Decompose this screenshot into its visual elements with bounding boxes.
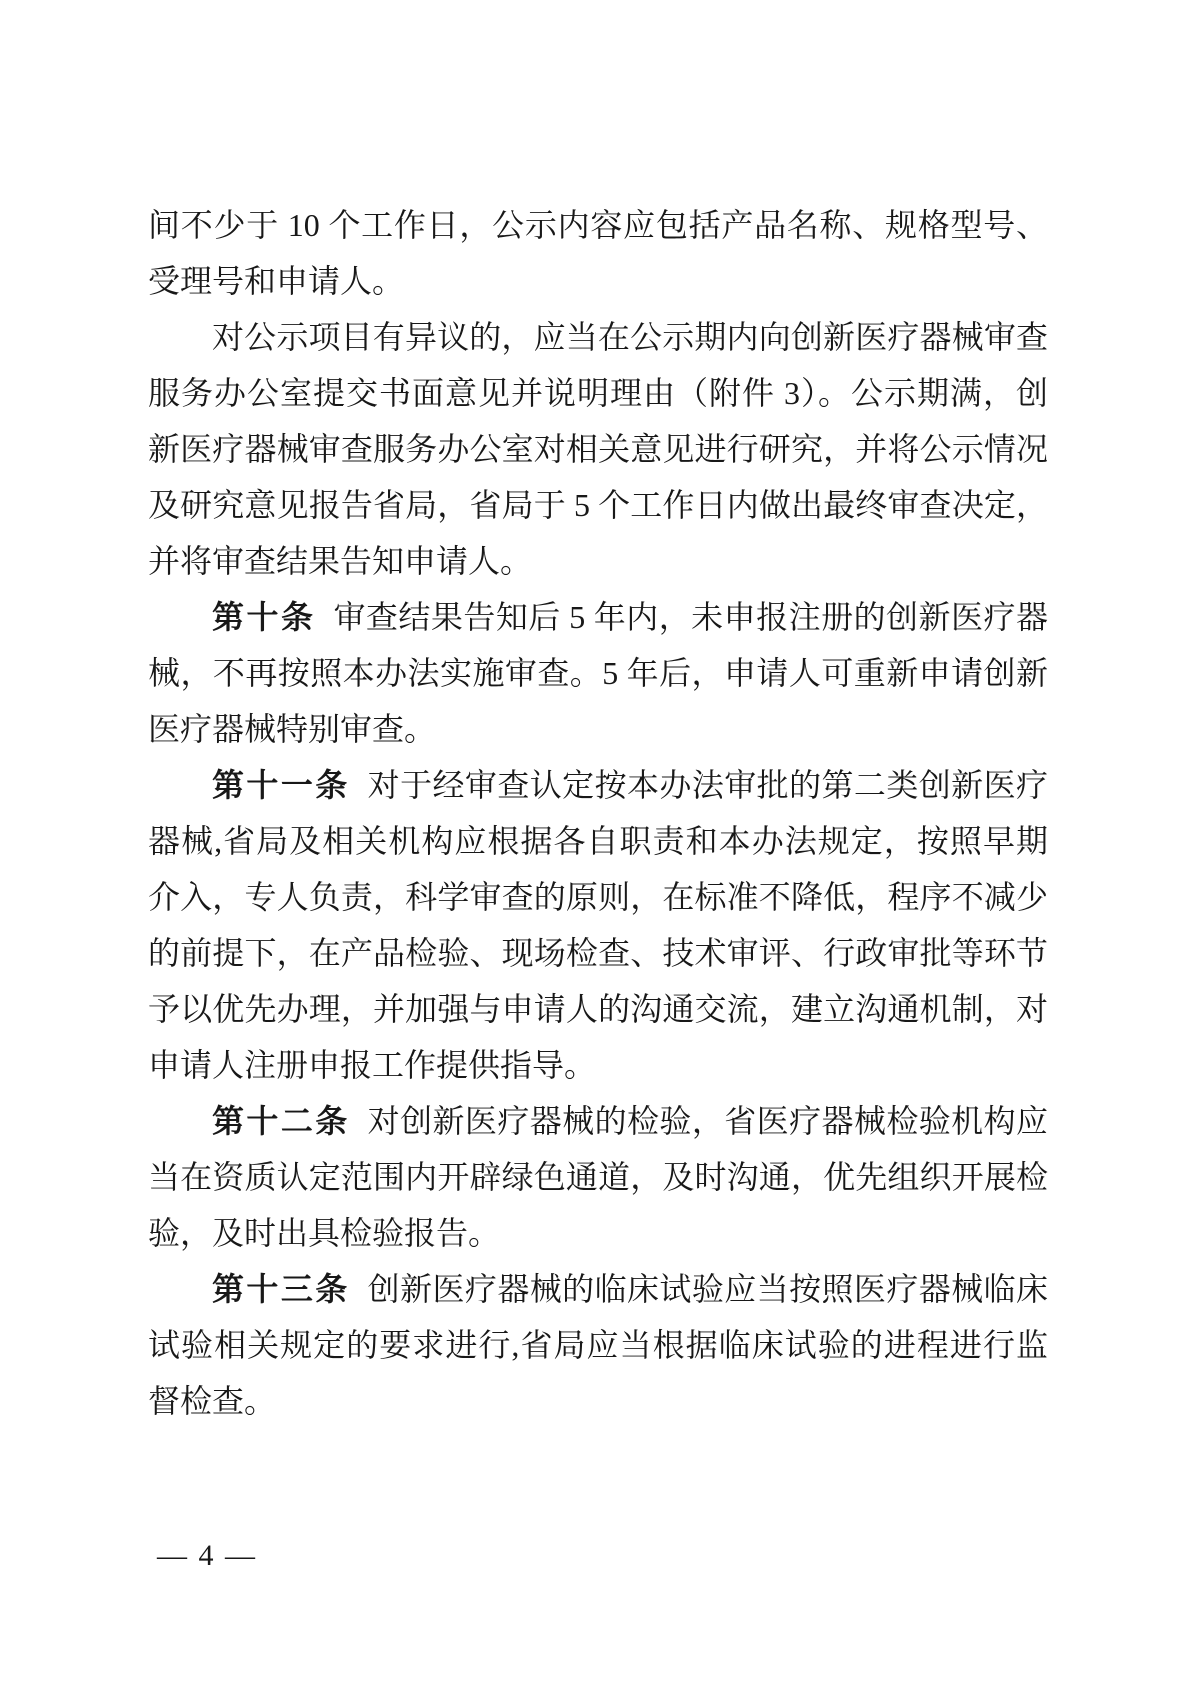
text-line: 间不少于 10 个工作日，公示内容应包括产品名称、规格型号、: [148, 197, 1048, 253]
document-body: 间不少于 10 个工作日，公示内容应包括产品名称、规格型号、 受理号和申请人。 …: [148, 197, 1048, 1429]
line-text: 对创新医疗器械的检验，省医疗器械检验机构应: [368, 1103, 1048, 1139]
text-line: 予以优先办理，并加强与申请人的沟通交流，建立沟通机制，对: [148, 981, 1048, 1037]
text-line: 并将审查结果告知申请人。: [148, 533, 1048, 589]
line-text: 及研究意见报告省局，省局于 5 个工作日内做出最终审查决定，: [148, 487, 1048, 523]
line-text: 予以优先办理，并加强与申请人的沟通交流，建立沟通机制，对: [148, 991, 1048, 1027]
line-text: 对于经审查认定按本办法审批的第二类创新医疗: [368, 767, 1048, 803]
line-text: 医疗器械特别审查。: [148, 711, 436, 747]
text-line: 受理号和申请人。: [148, 253, 1048, 309]
text-line: 介入，专人负责，科学审查的原则，在标准不降低，程序不减少: [148, 869, 1048, 925]
line-text: 对公示项目有异议的，应当在公示期内向创新医疗器械审查: [212, 319, 1048, 355]
text-line: 申请人注册申报工作提供指导。: [148, 1037, 1048, 1093]
article-number: 第十二条: [212, 1103, 350, 1139]
text-line: 对公示项目有异议的，应当在公示期内向创新医疗器械审查: [148, 309, 1048, 365]
text-line: 第十条审查结果告知后 5 年内，未申报注册的创新医疗器: [148, 589, 1048, 645]
text-line: 的前提下，在产品检验、现场检查、技术审评、行政审批等环节: [148, 925, 1048, 981]
text-line: 械，不再按照本办法实施审查。5 年后，申请人可重新申请创新: [148, 645, 1048, 701]
document-page: 间不少于 10 个工作日，公示内容应包括产品名称、规格型号、 受理号和申请人。 …: [0, 0, 1200, 1696]
text-line: 当在资质认定范围内开辟绿色通道，及时沟通，优先组织开展检: [148, 1149, 1048, 1205]
line-text: 审查结果告知后 5 年内，未申报注册的创新医疗器: [333, 599, 1048, 635]
text-line: 及研究意见报告省局，省局于 5 个工作日内做出最终审查决定，: [148, 477, 1048, 533]
text-line: 试验相关规定的要求进行,省局应当根据临床试验的进程进行监: [148, 1317, 1048, 1373]
line-text: 的前提下，在产品检验、现场检查、技术审评、行政审批等环节: [148, 935, 1048, 971]
line-text: 器械,省局及相关机构应根据各自职责和本办法规定，按照早期: [148, 823, 1048, 859]
text-line: 服务办公室提交书面意见并说明理由（附件 3）。公示期满，创: [148, 365, 1048, 421]
text-line: 器械,省局及相关机构应根据各自职责和本办法规定，按照早期: [148, 813, 1048, 869]
line-text: 并将审查结果告知申请人。: [148, 543, 532, 579]
article-number: 第十条: [212, 599, 315, 635]
text-line: 第十三条创新医疗器械的临床试验应当按照医疗器械临床: [148, 1261, 1048, 1317]
line-text: 服务办公室提交书面意见并说明理由（附件 3）。公示期满，创: [148, 375, 1048, 411]
text-line: 验，及时出具检验报告。: [148, 1205, 1048, 1261]
line-text: 督检查。: [148, 1383, 276, 1419]
line-text: 介入，专人负责，科学审查的原则，在标准不降低，程序不减少: [148, 879, 1048, 915]
text-line: 第十一条对于经审查认定按本办法审批的第二类创新医疗: [148, 757, 1048, 813]
line-text: 当在资质认定范围内开辟绿色通道，及时沟通，优先组织开展检: [148, 1159, 1048, 1195]
line-text: 试验相关规定的要求进行,省局应当根据临床试验的进程进行监: [148, 1327, 1048, 1363]
line-text: 间不少于 10 个工作日，公示内容应包括产品名称、规格型号、: [148, 207, 1048, 243]
line-text: 受理号和申请人。: [148, 263, 404, 299]
line-text: 创新医疗器械的临床试验应当按照医疗器械临床: [368, 1271, 1048, 1307]
page-footer: — 4 —: [157, 1528, 257, 1584]
text-line: 医疗器械特别审查。: [148, 701, 1048, 757]
article-number: 第十一条: [212, 767, 350, 803]
line-text: 新医疗器械审查服务办公室对相关意见进行研究，并将公示情况: [148, 431, 1048, 467]
text-line: 督检查。: [148, 1373, 1048, 1429]
article-number: 第十三条: [212, 1271, 350, 1307]
line-text: 申请人注册申报工作提供指导。: [148, 1047, 596, 1083]
text-line: 新医疗器械审查服务办公室对相关意见进行研究，并将公示情况: [148, 421, 1048, 477]
line-text: 验，及时出具检验报告。: [148, 1215, 500, 1251]
text-line: 第十二条对创新医疗器械的检验，省医疗器械检验机构应: [148, 1093, 1048, 1149]
page-number: — 4 —: [157, 1539, 257, 1572]
line-text: 械，不再按照本办法实施审查。5 年后，申请人可重新申请创新: [148, 655, 1048, 691]
